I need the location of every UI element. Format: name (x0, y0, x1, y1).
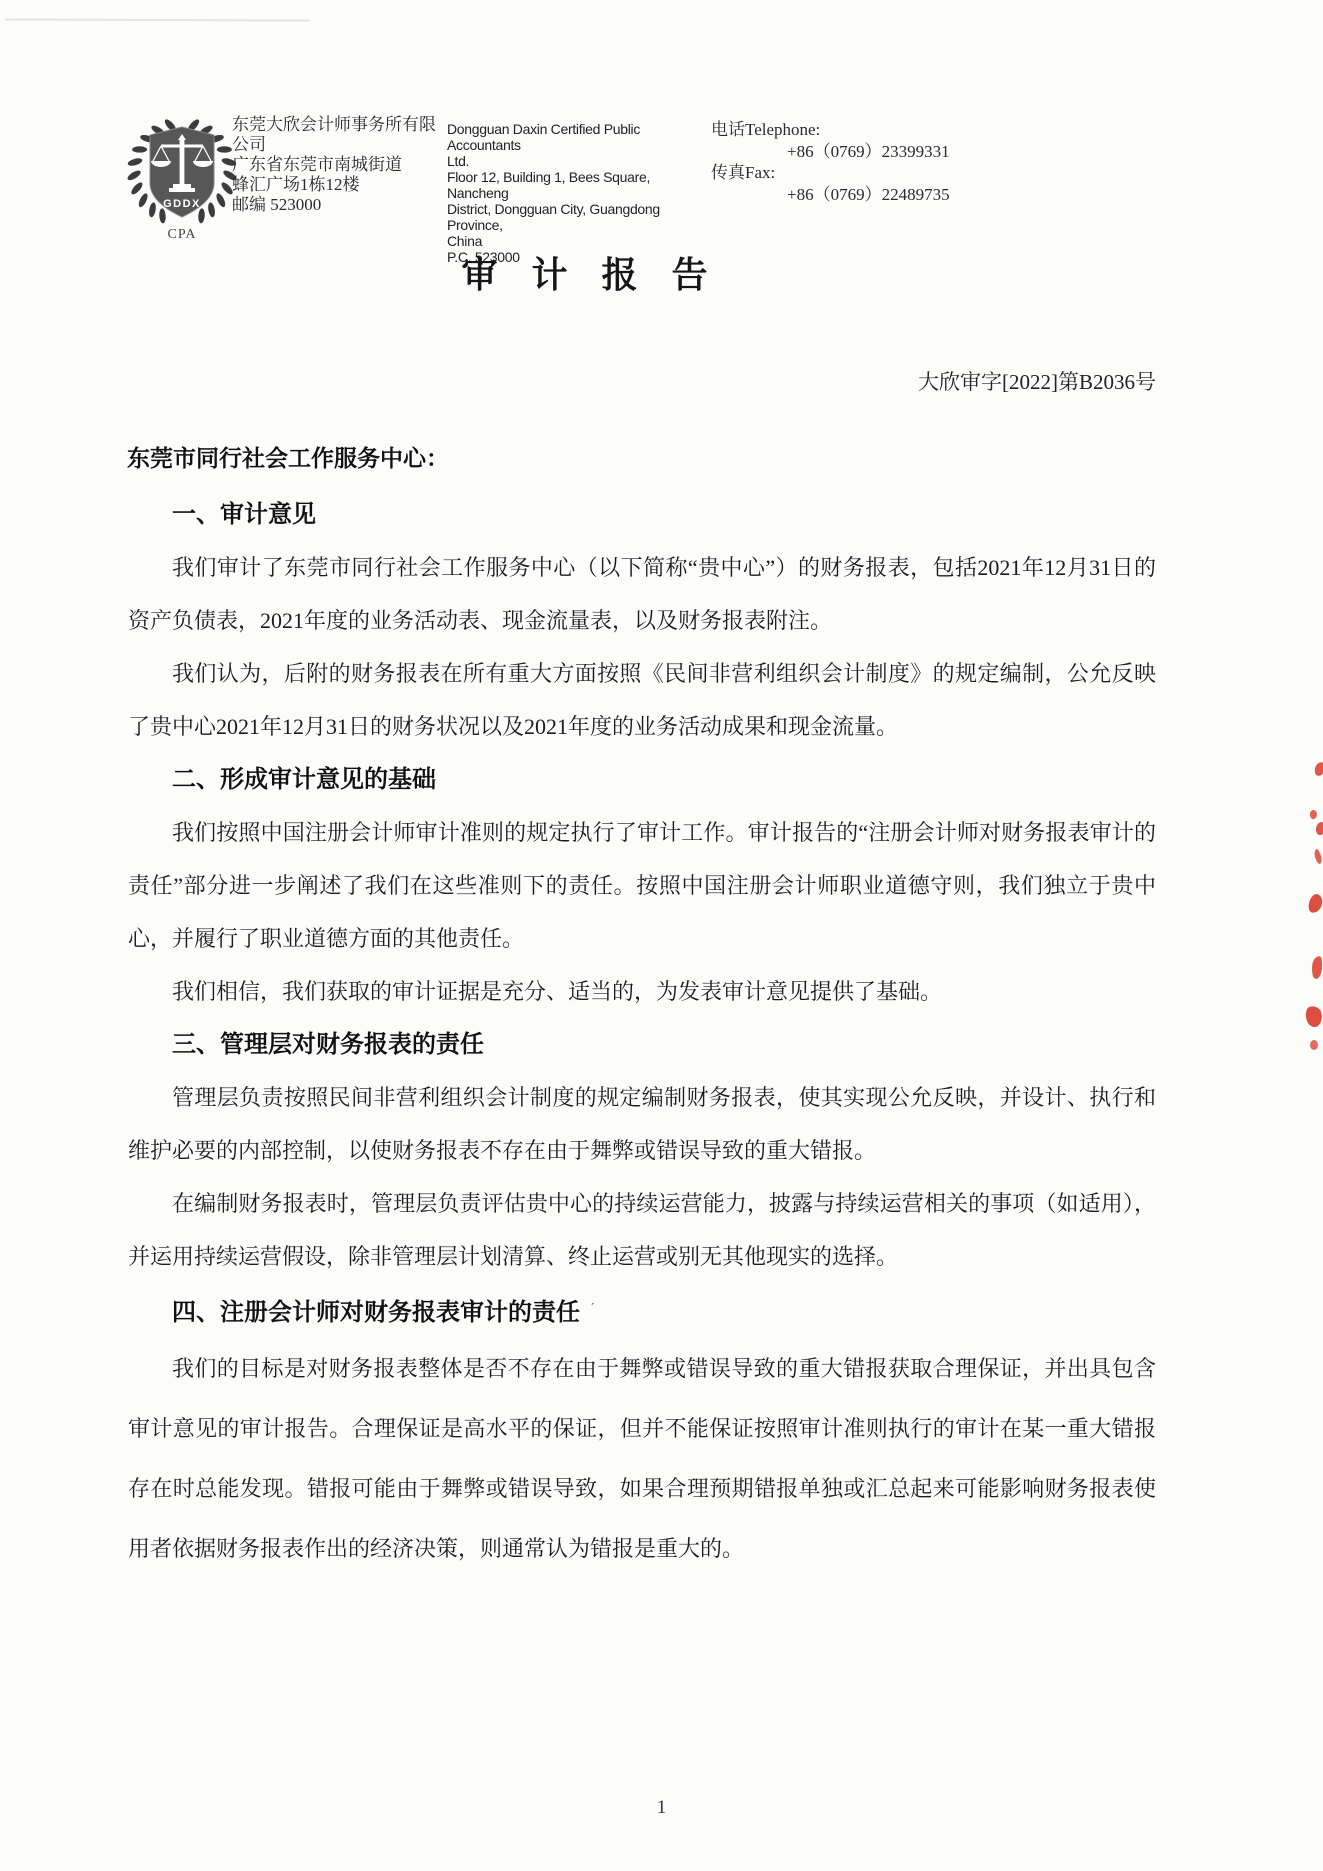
fax-label: 传真Fax: (711, 162, 991, 184)
audit-report-page: GDDX CPA 东莞大欣会计师事务所有限公司 广东省东莞市南城街道 蜂汇广场1… (0, 0, 1323, 1871)
section-3-paragraph-1: 管理层负责按照民间非营利组织会计制度的规定编制财务报表，使其实现公允反映，并设计… (128, 1071, 1156, 1177)
section-1-paragraph-2: 我们认为，后附的财务报表在所有重大方面按照《民间非营利组织会计制度》的规定编制，… (128, 647, 1156, 753)
page-number: 1 (0, 1797, 1323, 1819)
stray-pen-mark: ˊ (590, 1301, 595, 1318)
section-4-paragraph-1: 我们的目标是对财务报表整体是否不存在由于舞弊或错误导致的重大错报获取合理保证，并… (128, 1339, 1156, 1579)
section-1-heading: 一、审计意见 (128, 488, 1156, 541)
firm-address-cn-2: 蜂汇广场1栋12楼 (232, 175, 446, 195)
section-2-paragraph-2: 我们相信，我们获取的审计证据是充分、适当的，为发表审计意见提供了基础。 (128, 965, 1156, 1018)
firm-postcode-cn: 邮编 523000 (232, 195, 446, 215)
red-ink-blob (1304, 1004, 1323, 1028)
firm-info-cn: 东莞大欣会计师事务所有限公司 广东省东莞市南城街道 蜂汇广场1栋12楼 邮编 5… (232, 115, 446, 215)
red-ink-blob (1314, 821, 1323, 836)
section-4-heading-text: 四、注册会计师对财务报表审计的责任 (172, 1299, 580, 1326)
firm-address-en-line2: District, Dongguan City, Guangdong Provi… (447, 201, 715, 233)
telephone-label: 电话Telephone: (711, 119, 991, 141)
doc-number: 大欣审字[2022]第B2036号 (128, 366, 1156, 396)
contact-block: 电话Telephone: +86（0769）23399331 传真Fax: +8… (711, 119, 991, 205)
telephone-value: +86（0769）23399331 (711, 141, 991, 163)
red-ink-blob (1310, 1040, 1318, 1050)
section-2-paragraph-1: 我们按照中国注册会计师审计准则的规定执行了审计工作。审计报告的“注册会计师对财务… (128, 806, 1156, 965)
section-1-paragraph-1: 我们审计了东莞市同行社会工作服务中心（以下简称“贵中心”）的财务报表，包括202… (128, 541, 1156, 647)
report-title-row: 审计报告 (0, 247, 1323, 298)
firm-address-cn-1: 广东省东莞市南城街道 (232, 155, 446, 175)
logo-cpa-text: CPA (168, 227, 197, 242)
red-ink-blob (1313, 848, 1323, 864)
addressee: 东莞市同行社会工作服务中心： (127, 440, 449, 473)
cpa-logo: GDDX CPA (126, 111, 239, 248)
section-3-heading: 三、管理层对财务报表的责任 (128, 1018, 1156, 1071)
firm-info-en: Dongguan Daxin Certified Public Accounta… (447, 121, 715, 265)
red-ink-blob (1309, 809, 1317, 819)
logo-shield-text: GDDX (163, 198, 201, 210)
red-ink-blob (1308, 893, 1323, 914)
report-title: 审计报告 (461, 254, 741, 295)
red-ink-blob (1311, 955, 1323, 979)
firm-name-en-line1: Dongguan Daxin Certified Public Accounta… (447, 121, 715, 153)
section-3-paragraph-2: 在编制财务报表时，管理层负责评估贵中心的持续运营能力，披露与持续运营相关的事项（… (128, 1177, 1156, 1283)
cpa-logo-graphic: GDDX CPA (126, 111, 239, 243)
fax-value: +86（0769）22489735 (711, 184, 991, 206)
scan-artifact-line (5, 18, 310, 21)
section-2-heading: 二、形成审计意见的基础 (128, 753, 1156, 806)
firm-name-en-line2: Ltd. (447, 153, 715, 169)
section-4-heading: 四、注册会计师对财务报表审计的责任ˊ (128, 1283, 1156, 1339)
firm-address-en-line1: Floor 12, Building 1, Bees Square, Nanch… (447, 169, 715, 201)
report-body: 一、审计意见 我们审计了东莞市同行社会工作服务中心（以下简称“贵中心”）的财务报… (128, 488, 1156, 1579)
red-ink-blob (1313, 761, 1323, 777)
firm-name-cn: 东莞大欣会计师事务所有限公司 (232, 115, 446, 155)
